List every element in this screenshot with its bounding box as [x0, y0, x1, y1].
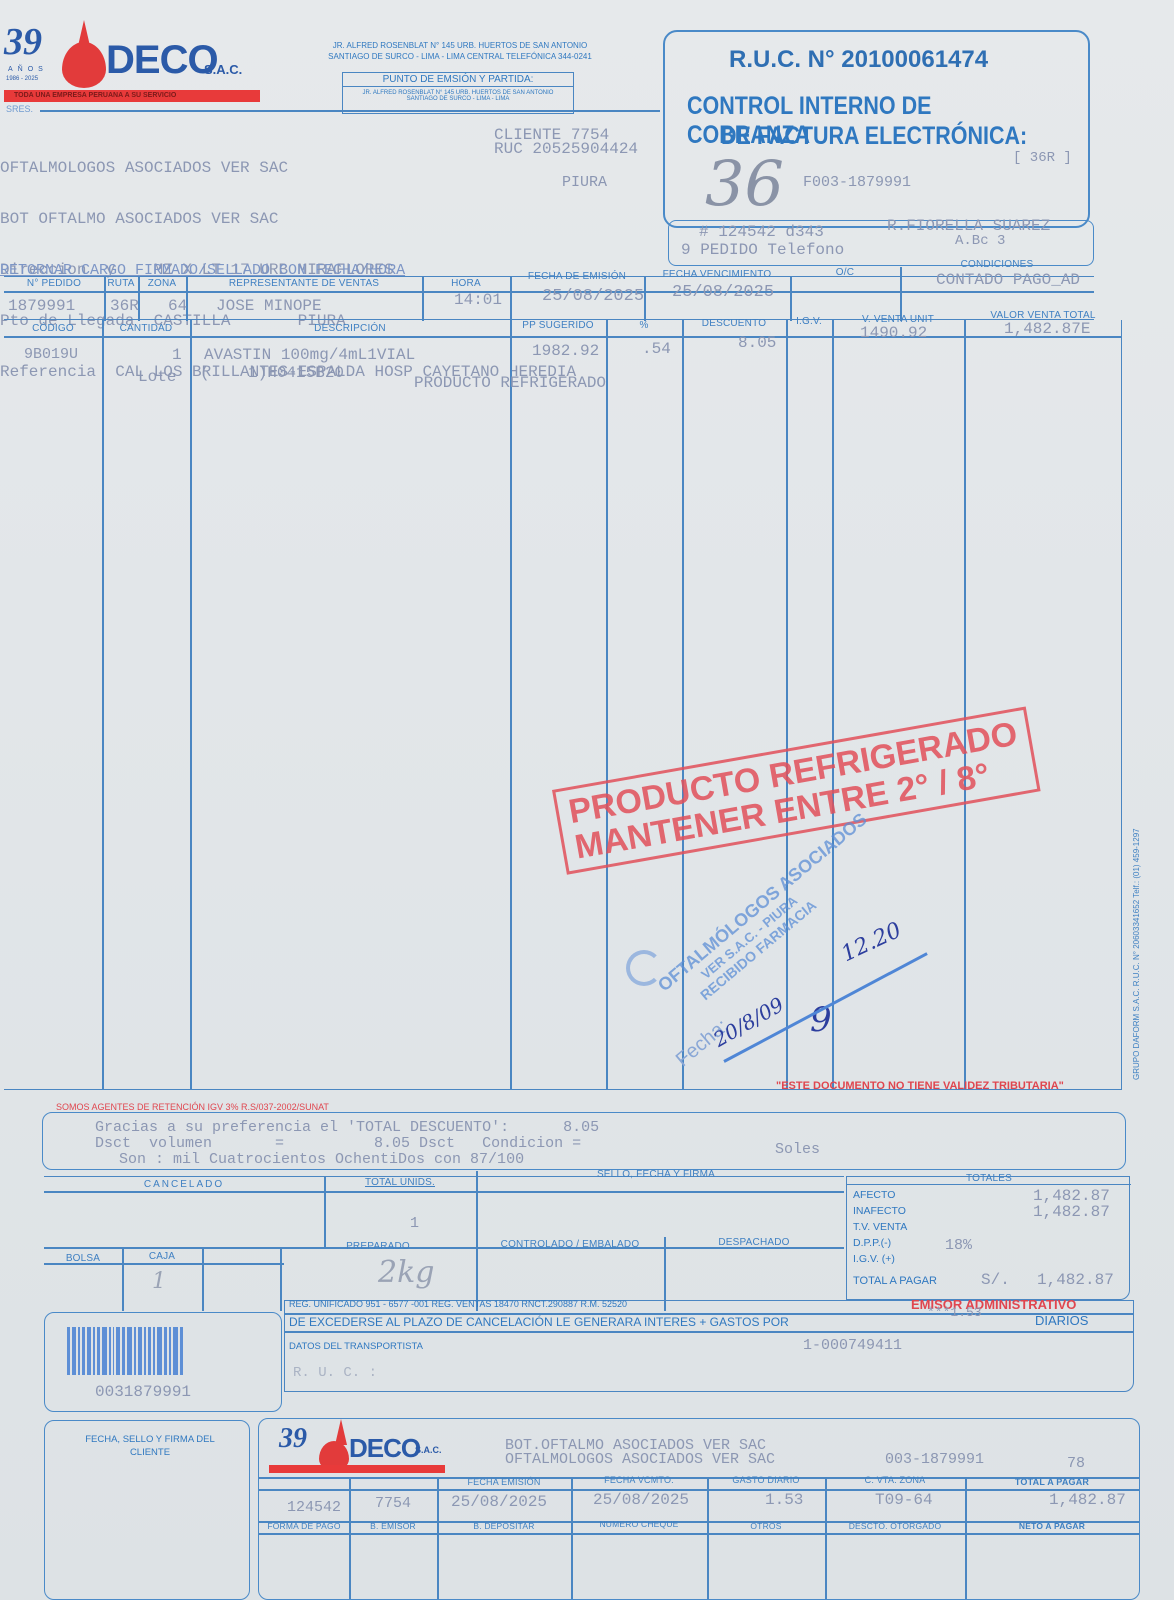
- header-pp-sugerido: PP SUGERIDO: [510, 320, 606, 331]
- summary-currency: Soles: [775, 1141, 820, 1158]
- company-logo: 39 AÑOS 1986 - 2025 DECO S.A.C. TODA UNA…: [4, 20, 264, 110]
- item-descripcion: AVASTIN 100mg/4mL1VIAL: [204, 346, 415, 364]
- col-divider: [900, 267, 902, 321]
- total-units-value: 1: [410, 1215, 419, 1232]
- coupon-line: [259, 1489, 1139, 1491]
- coupon-header-fecha-vcmto: FECHA VCMTO.: [571, 1475, 707, 1485]
- summary-text-1: Gracias a su preferencia el 'TOTAL DESCU…: [95, 1119, 509, 1136]
- legal-diarios: DIARIOS: [1035, 1313, 1088, 1328]
- stamp-seal-icon: [626, 950, 662, 986]
- value-fecha-vencimiento: 25/08/2025: [672, 283, 774, 302]
- emission-point-box: PUNTO DE EMSIÓN Y PARTIDA: JR. ALFRED RO…: [342, 72, 574, 114]
- summary-box: Gracias a su preferencia el 'TOTAL DESCU…: [42, 1112, 1126, 1170]
- controlado-label: CONTROLADO / EMBALADO: [476, 1239, 664, 1250]
- cancelado-label: CANCELADO: [44, 1179, 324, 1190]
- value-representante: JOSE MINOPE: [216, 297, 322, 315]
- coupon-logo-brand: DECO: [349, 1433, 420, 1464]
- summary-line-3: Son : mil Cuatrocientos OchentiDos con 8…: [119, 1151, 524, 1168]
- coupon-logo-years: 39: [279, 1423, 307, 1455]
- sres-label: SRES.: [6, 104, 33, 114]
- coupon-footer-neto: NETO A PAGAR: [965, 1521, 1139, 1531]
- coupon-value-gasto-diario: 1.53: [765, 1491, 803, 1509]
- items-table: CÓDIGO CANTIDAD DESCRIPCIÓN PP SUGERIDO …: [4, 320, 1122, 1090]
- inafecto-value: 1,482.87: [1033, 1203, 1110, 1221]
- coupon-value-order: 124542: [287, 1499, 341, 1516]
- item-v-venta-unit: 1490.92: [860, 324, 927, 342]
- col-divider: [644, 277, 646, 321]
- received-stamp-line-2: VER S.A.C. - PIURA: [667, 825, 880, 1007]
- coupon-line: [825, 1477, 827, 1599]
- header-fecha-emision: FECHA DE EMISIÓN: [510, 271, 644, 282]
- col-divider: [190, 320, 192, 1090]
- customer-trade-name: BOT OFTALMO ASOCIADOS VER SAC: [0, 211, 576, 228]
- coupon-footer-b-depositar: B. DEPOSITAR: [437, 1521, 571, 1531]
- client-sign-label: FECHA, SELLO Y FIRMA DEL CLIENTE: [75, 1433, 225, 1459]
- coupon-footer-b-emisor: B. EMISOR: [349, 1521, 437, 1531]
- caja-label: CAJA: [122, 1251, 202, 1262]
- grid-line: [280, 1247, 282, 1311]
- item-codigo: 9B019U: [24, 346, 78, 363]
- preparado-label: PREPARADO: [280, 1241, 476, 1252]
- grid-line: [202, 1247, 204, 1311]
- header-pedido: N° PEDIDO: [4, 278, 104, 289]
- legal-line: [285, 1331, 1133, 1333]
- col-divider: [786, 320, 788, 1090]
- retention-notice: SOMOS AGENTES DE RETENCIÓN IGV 3% R.S/03…: [56, 1102, 329, 1112]
- coupon-line: [259, 1533, 1139, 1535]
- legal-exceso: DE EXCEDERSE AL PLAZO DE CANCELACIÓN LE …: [289, 1315, 789, 1329]
- caja-value: 1: [152, 1269, 166, 1294]
- coupon-footer-descto: DESCTO. OTORGADO: [825, 1521, 965, 1531]
- barcode-number: 0031879991: [95, 1383, 191, 1401]
- header-hora: HORA: [422, 278, 510, 289]
- order-info-line-2-left: 9 PEDIDO Telefono: [681, 241, 844, 259]
- item-porcentaje: .54: [642, 340, 671, 358]
- totals-labels: AFECTO INAFECTO T.V. VENTA D.P.P.(-) I.G…: [853, 1187, 907, 1267]
- customer-name: OFTALMOLOGOS ASOCIADOS VER SAC: [0, 160, 576, 177]
- header-fecha-vencimiento: FECHA VENCIMIENTO: [644, 269, 790, 280]
- items-header-divider: [4, 336, 1122, 338]
- igv-value: 18%: [945, 1237, 972, 1254]
- value-ruta: 36R: [110, 297, 139, 315]
- total-currency: S/.: [981, 1271, 1010, 1289]
- coupon-box: 39 DECO S.A.C. BOT.OFTALMO ASOCIADOS VER…: [258, 1418, 1140, 1600]
- header-descuento: DESCUENTO: [682, 318, 786, 329]
- coupon-line: [965, 1477, 967, 1599]
- col-divider: [510, 320, 512, 1090]
- value-hora: 14:01: [454, 291, 502, 309]
- ruc-box: R.U.C. N° 20100061474 CONTROL INTERNO DE…: [663, 30, 1090, 228]
- item-nota: PRODUCTO REFRIGERADO: [414, 374, 606, 392]
- header-oc: O/C: [790, 267, 900, 278]
- header-porcentaje: %: [606, 320, 682, 331]
- logo-tagline: TODA UNA EMPRESA PERUANA A SU SERVICIO: [4, 90, 260, 102]
- llegada-region: PIURA: [562, 174, 607, 191]
- col-divider: [790, 277, 792, 321]
- coupon-footer-forma-pago: FORMA DE PAGO: [259, 1521, 349, 1531]
- dpp-label: D.P.P.(-): [853, 1235, 907, 1251]
- transportista-value: 1-000749411: [803, 1337, 902, 1354]
- logo-suffix: S.A.C.: [204, 62, 242, 77]
- coupon-header-total: TOTAL A PAGAR: [965, 1477, 1139, 1487]
- coupon-table: FECHA EMISIÓN FECHA VCMTO. GASTO DIARIO …: [259, 1477, 1139, 1599]
- coupon-footer-numero-cheque: NUMERO CHEQUE: [571, 1519, 707, 1529]
- coupon-name-2: OFTALMOLOGOS ASOCIADOS VER SAC: [505, 1451, 775, 1468]
- legal-exceso-value: ***1.53: [927, 1305, 982, 1320]
- summary-line-2: Dsct volumen = 8.05 Dsct Condicion =: [95, 1135, 581, 1152]
- coupon-tagline: [269, 1465, 445, 1473]
- transportista-label: DATOS DEL TRANSPORTISTA: [289, 1341, 423, 1352]
- address-line-1: JR. ALFRED ROSENBLAT N° 145 URB. HUERTOS…: [300, 40, 620, 51]
- value-condiciones: CONTADO PAGO_AD: [936, 271, 1080, 289]
- address-line-2: SANTIAGO DE SURCO - LIMA - LIMA CENTRAL …: [300, 51, 620, 62]
- header-condiciones: CONDICIONES: [900, 259, 1094, 270]
- item-descuento: 8.05: [738, 334, 776, 352]
- barcode-box: 0031879991: [44, 1312, 282, 1412]
- header-codigo: CÓDIGO: [4, 323, 102, 334]
- value-zona: 64: [168, 297, 187, 315]
- col-divider: [510, 277, 512, 321]
- validity-notice: "ESTE DOCUMENTO NO TIENE VALIDEZ TRIBUTA…: [776, 1080, 1064, 1092]
- col-divider: [964, 320, 966, 1090]
- col-divider: [102, 320, 104, 1090]
- footer-grid: CANCELADO TOTAL UNIDS. 1 SELLO, FECHA Y …: [44, 1176, 844, 1310]
- ruc-code: [ 36R ]: [1013, 150, 1072, 166]
- legal-box: REG. UNIFICADO 951 - 6577 -001 REG. VENT…: [284, 1300, 1134, 1392]
- coupon-value-fecha-emision: 25/08/2025: [451, 1493, 547, 1511]
- coupon-value-total: 1,482.87: [1049, 1491, 1126, 1509]
- coupon-header-gasto-diario: GASTO DIARIO: [707, 1475, 825, 1485]
- coupon-line: [437, 1477, 439, 1599]
- ruc-transportista-label: R. U. C. :: [293, 1365, 377, 1381]
- coupon-line: [349, 1477, 351, 1599]
- order-info-line-2-right: A.Bc 3: [955, 233, 1005, 249]
- total-units-label: TOTAL UNIDS.: [324, 1177, 476, 1188]
- tv-venta-label: T.V. VENTA: [853, 1219, 907, 1235]
- total-label: TOTAL A PAGAR: [853, 1275, 937, 1287]
- item-lote-label: Lote: [138, 368, 176, 386]
- item-valor-venta-total: 1,482.87E: [1004, 320, 1090, 338]
- coupon-doc-suffix: 78: [1067, 1455, 1085, 1472]
- coupon-line: [571, 1477, 573, 1599]
- summary-line-1: Gracias a su preferencia el 'TOTAL DESCU…: [95, 1119, 599, 1136]
- coupon-footer-otros: OTROS: [707, 1521, 825, 1531]
- logo-brand: DECO: [106, 38, 218, 83]
- totals-box: TOTALES AFECTO INAFECTO T.V. VENTA D.P.P…: [846, 1176, 1130, 1300]
- inafecto-label: INAFECTO: [853, 1203, 907, 1219]
- coupon-header-cvta-zona: C. VTA. ZONA: [825, 1475, 965, 1485]
- coupon-header-fecha-emision: FECHA EMISIÓN: [437, 1477, 571, 1487]
- header-representante: REPRESENTANTE DE VENTAS: [186, 278, 422, 289]
- item-cantidad: 1: [172, 346, 182, 364]
- header-igv: I.G.V.: [786, 316, 832, 327]
- emission-point-line-2: SANTIAGO DE SURCO - LIMA - LIMA: [343, 96, 573, 102]
- sello-label: SELLO, FECHA Y FIRMA: [476, 1169, 836, 1180]
- col-divider: [606, 320, 608, 1090]
- total-value: 1,482.87: [1037, 1271, 1114, 1289]
- header-zona: ZONA: [138, 278, 186, 289]
- preparado-value: 2kg: [378, 1255, 434, 1290]
- coupon-value-cvta-zona: T09-64: [875, 1491, 933, 1509]
- table-row: 9B019U 1 Lote AVASTIN 100mg/4mL1VIAL ( 1…: [4, 340, 1122, 410]
- drop-icon: [62, 42, 106, 88]
- col-divider: [832, 320, 834, 1090]
- barcode-icon: [67, 1327, 183, 1375]
- coupon-line: [707, 1477, 709, 1599]
- bolsa-label: BOLSA: [44, 1253, 122, 1264]
- legal-reg: REG. UNIFICADO 951 - 6577 -001 REG. VENT…: [289, 1299, 627, 1309]
- value-pedido: 1879991: [8, 297, 75, 315]
- coupon-doc-number: 003-1879991: [885, 1451, 984, 1468]
- refrigerated-stamp: PRODUCTO REFRIGERADO MANTENER ENTRE 2° /…: [552, 707, 1040, 875]
- logo-years: 39: [4, 20, 42, 64]
- coupon-value-fecha-vcmto: 25/08/2025: [593, 1491, 689, 1509]
- coupon-value-client: 7754: [375, 1495, 411, 1512]
- ruc-number: R.U.C. N° 20100061474: [729, 46, 988, 74]
- customer-ruc: RUC 20525904424: [494, 140, 638, 158]
- company-address: JR. ALFRED ROSENBLAT N° 145 URB. HUERTOS…: [300, 40, 620, 62]
- item-pp-sugerido: 1982.92: [532, 342, 599, 360]
- header-descripcion: DESCRIPCIÓN: [190, 323, 510, 334]
- logo-years-label: AÑOS: [8, 66, 48, 73]
- value-fecha-emision: 25/08/2025: [542, 287, 644, 306]
- afecto-label: AFECTO: [853, 1187, 907, 1203]
- received-stamp-line-3: RECIBIDO FARMACIA: [677, 837, 891, 1020]
- coupon-logo-suffix: S.A.C.: [415, 1445, 442, 1455]
- igv-label: I.G.V. (+): [853, 1251, 907, 1267]
- client-signature-box: FECHA, SELLO Y FIRMA DEL CLIENTE: [44, 1420, 250, 1600]
- despachado-label: DESPACHADO: [664, 1237, 844, 1248]
- handwritten-36: 36: [705, 147, 784, 220]
- invoice-number: F003-1879991: [803, 174, 911, 191]
- hora-value: 12.20: [838, 918, 906, 967]
- totals-title: TOTALES: [847, 1173, 1131, 1185]
- emission-point-title: PUNTO DE EMSIÓN Y PARTIDA:: [343, 73, 573, 87]
- order-info-line-1-left: # 124542 d343: [699, 223, 824, 241]
- item-lote: ( 1)H0415B20: [200, 364, 344, 382]
- header-ruta: RUTA: [104, 278, 138, 289]
- logo-years-range: 1986 - 2025: [6, 76, 38, 82]
- side-printer-text: GRUPO DAFORM S.A.C. R.U.C. N° 2060334165…: [1132, 760, 1141, 1080]
- invoice-document: 39 AÑOS 1986 - 2025 DECO S.A.C. TODA UNA…: [0, 0, 1174, 1600]
- total-descuento-value: 8.05: [563, 1119, 599, 1136]
- grid-line: [44, 1191, 844, 1193]
- header-cantidad: CANTIDAD: [102, 323, 190, 334]
